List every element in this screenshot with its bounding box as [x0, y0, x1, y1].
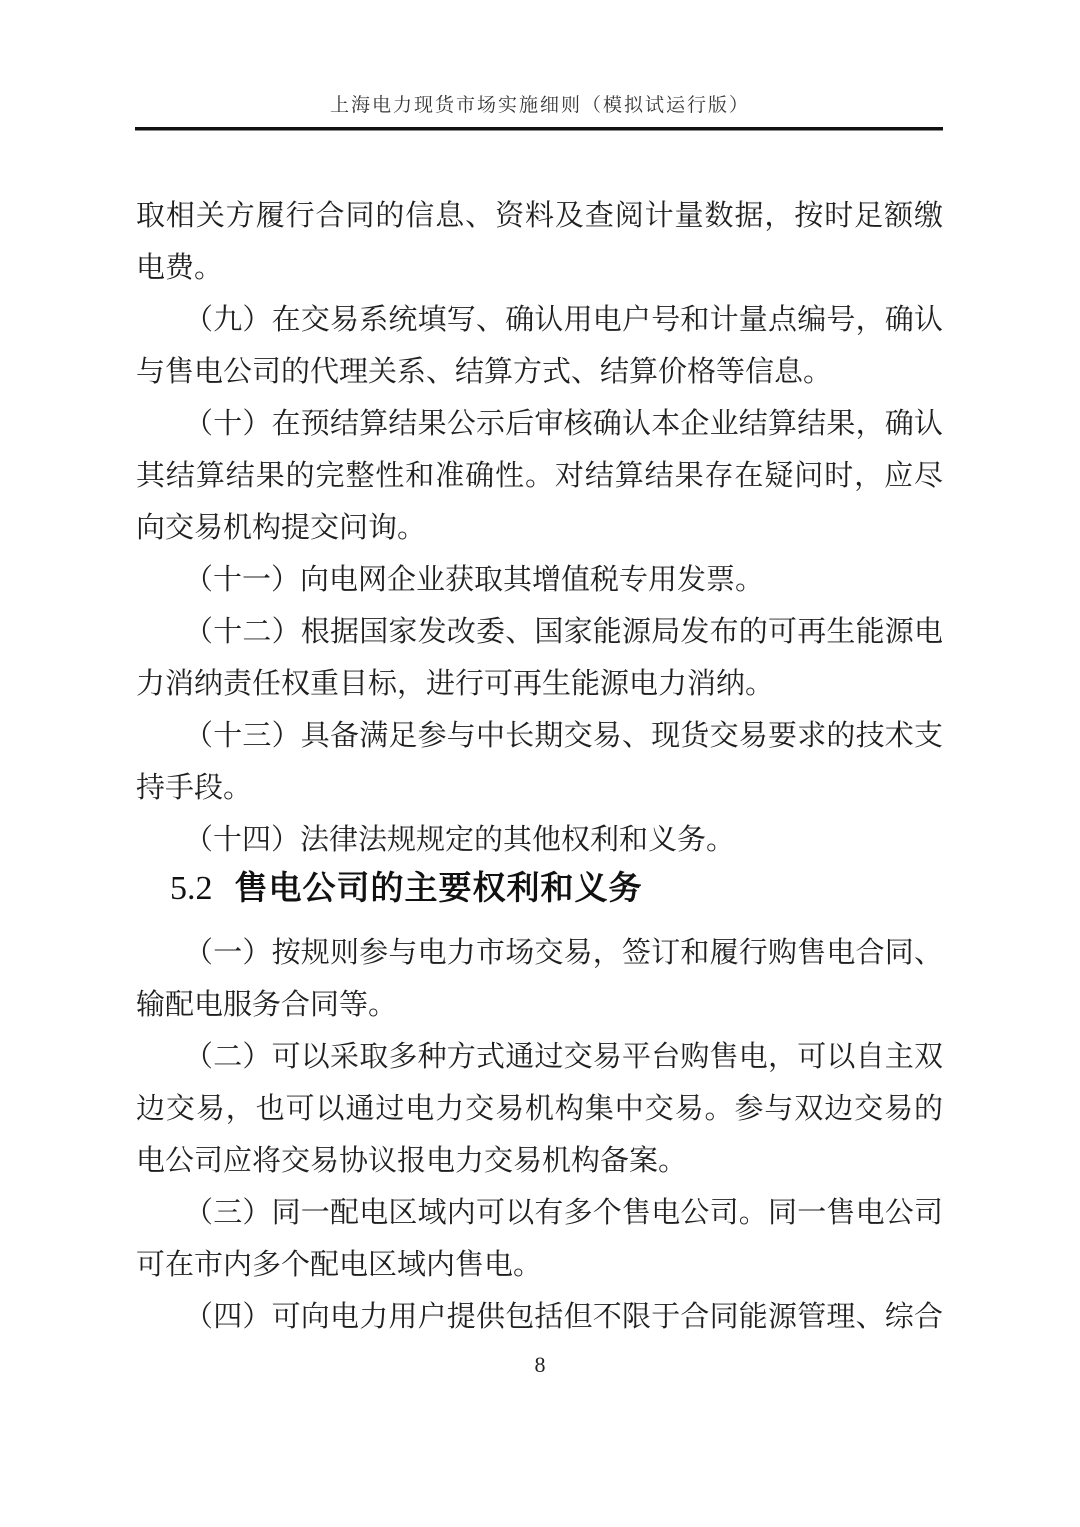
- header-rule-divider: [135, 127, 943, 131]
- body-text-line: 其结算结果的完整性和准确性。对结算结果存在疑问时，应尽快: [136, 450, 943, 502]
- body-text-line: （三）同一配电区域内可以有多个售电公司。同一售电公司: [136, 1187, 943, 1239]
- running-header-title: 上海电力现货市场实施细则（模拟试运行版）: [0, 90, 1080, 117]
- document-body: 取相关方履行合同的信息、资料及查阅计量数据，按时足额缴纳 电费。 （九）在交易系…: [136, 190, 943, 1343]
- body-text-line: 边交易，也可以通过电力交易机构集中交易。参与双边交易的售: [136, 1083, 943, 1135]
- body-text-line: （九）在交易系统填写、确认用电户号和计量点编号，确认: [136, 294, 943, 346]
- body-text-line: （十一）向电网企业获取其增值税专用发票。: [136, 554, 943, 606]
- body-text-line: （十三）具备满足参与中长期交易、现货交易要求的技术支: [136, 710, 943, 762]
- body-text-line: 持手段。: [136, 762, 943, 814]
- body-text-line: （十四）法律法规规定的其他权利和义务。: [136, 814, 943, 866]
- body-text-line: （四）可向电力用户提供包括但不限于合同能源管理、综合: [136, 1291, 943, 1343]
- body-text-line: （十二）根据国家发改委、国家能源局发布的可再生能源电: [136, 606, 943, 658]
- body-text-line: 取相关方履行合同的信息、资料及查阅计量数据，按时足额缴纳: [136, 190, 943, 242]
- body-text-line: 力消纳责任权重目标，进行可再生能源电力消纳。: [136, 658, 943, 710]
- body-text-line: （十）在预结算结果公示后审核确认本企业结算结果，确认: [136, 398, 943, 450]
- body-text-line: 与售电公司的代理关系、结算方式、结算价格等信息。: [136, 346, 943, 398]
- page-number: 8: [0, 1352, 1080, 1378]
- body-text-line: （一）按规则参与电力市场交易，签订和履行购售电合同、: [136, 927, 943, 979]
- body-text-line: 电公司应将交易协议报电力交易机构备案。: [136, 1135, 943, 1187]
- section-heading-title: 售电公司的主要权利和义务: [235, 869, 643, 906]
- section-heading: 5.2售电公司的主要权利和义务: [136, 866, 943, 910]
- section-heading-number: 5.2: [170, 870, 213, 907]
- body-text-line: （二）可以采取多种方式通过交易平台购售电，可以自主双: [136, 1031, 943, 1083]
- body-text-line: 输配电服务合同等。: [136, 979, 943, 1031]
- body-text-line: 向交易机构提交问询。: [136, 502, 943, 554]
- document-page: 上海电力现货市场实施细则（模拟试运行版） 取相关方履行合同的信息、资料及查阅计量…: [0, 0, 1080, 1527]
- body-text-line: 电费。: [136, 242, 943, 294]
- body-text-line: 可在市内多个配电区域内售电。: [136, 1239, 943, 1291]
